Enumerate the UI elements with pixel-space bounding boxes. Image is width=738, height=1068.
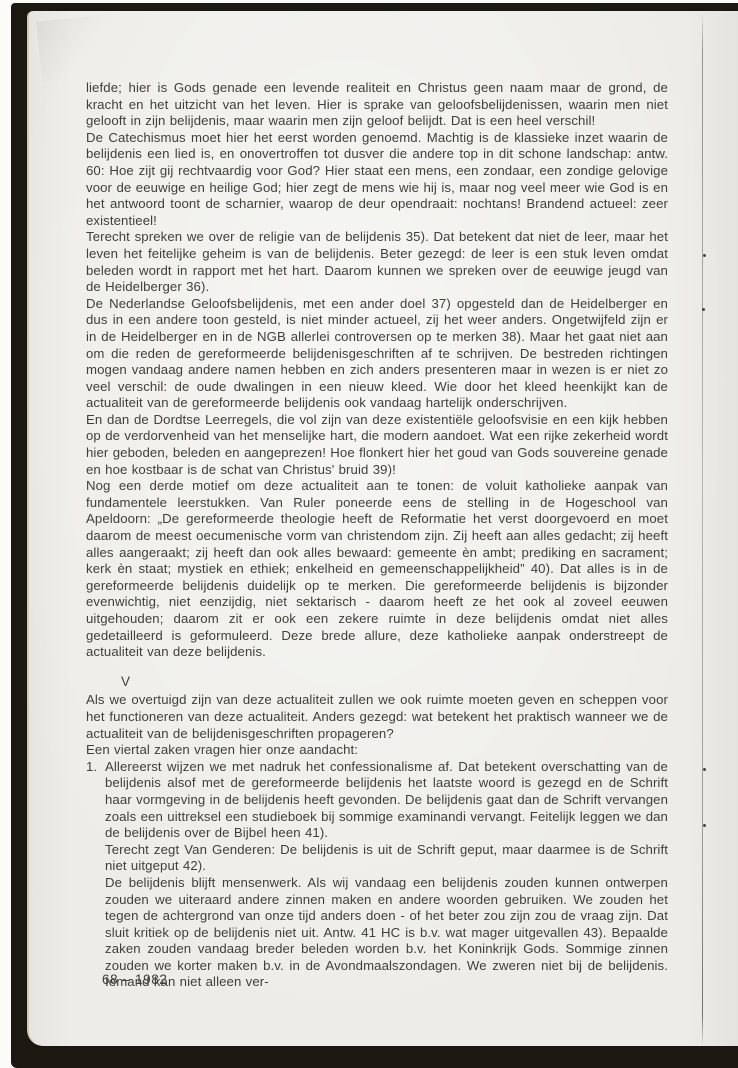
body-paragraph-3: Terecht spreken we over de religie van d… bbox=[86, 229, 668, 295]
body-paragraph-6: Nog een derde motief om deze actualiteit… bbox=[86, 478, 668, 661]
list-item-body: Allereerst wijzen we met nadruk het conf… bbox=[105, 759, 668, 991]
list-marker: 1. bbox=[86, 759, 105, 991]
text-column: liefde; hier is Gods genade een levende … bbox=[86, 80, 668, 991]
body-paragraph-1: liefde; hier is Gods genade een levende … bbox=[86, 80, 668, 130]
body-paragraph-5: En dan de Dordtse Leerregels, die vol zi… bbox=[86, 412, 668, 478]
list-paragraph-1: Allereerst wijzen we met nadruk het conf… bbox=[105, 759, 668, 842]
body-paragraph-4: De Nederlandse Geloofsbelijdenis, met ee… bbox=[86, 296, 668, 412]
section-heading: V bbox=[121, 674, 668, 691]
scan-speck bbox=[703, 768, 706, 771]
section-paragraph-1: Als we overtuigd zijn van deze actualite… bbox=[86, 692, 668, 742]
list-paragraph-2: Terecht zegt Van Genderen: De belijdenis… bbox=[105, 842, 668, 875]
document-page: liefde; hier is Gods genade een levende … bbox=[27, 11, 738, 1046]
scan-speck bbox=[702, 308, 705, 311]
list-paragraph-3: De belijdenis blijft mensenwerk. Als wij… bbox=[105, 875, 668, 991]
page-crease bbox=[36, 12, 132, 81]
scan-speck bbox=[703, 824, 706, 827]
page-number: 68 – 1982 bbox=[102, 972, 167, 987]
page-fold-line bbox=[702, 11, 703, 1046]
numbered-list-item: 1. Allereerst wijzen we met nadruk het c… bbox=[86, 759, 668, 991]
section-paragraph-2: Een viertal zaken vragen hier onze aanda… bbox=[86, 742, 668, 759]
scan-speck bbox=[703, 254, 706, 257]
body-paragraph-2: De Catechismus moet hier het eerst worde… bbox=[86, 130, 668, 230]
